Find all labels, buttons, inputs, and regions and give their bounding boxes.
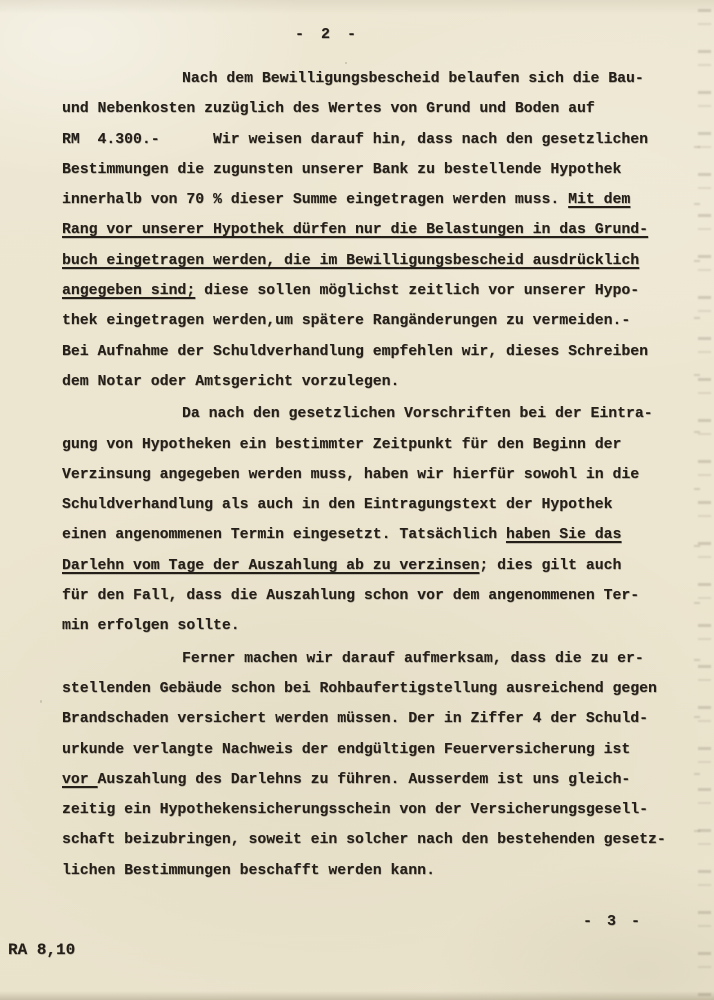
underlined-text: Mit dem <box>568 192 630 208</box>
text-line: und Nebenkosten zuzüglich des Wertes von… <box>62 94 662 124</box>
underlined-text: angegeben sind; <box>62 283 195 299</box>
text-line: dem Notar oder Amtsgericht vorzulegen. <box>62 367 662 397</box>
paragraph: Ferner machen wir darauf aufmerksam, das… <box>62 644 662 886</box>
text-line: Bestimmungen die zugunsten unserer Bank … <box>62 155 662 185</box>
text-line: lichen Bestimmungen beschafft werden kan… <box>62 856 662 886</box>
right-edge-bleed-marks-secondary <box>694 120 700 880</box>
text-segment: für den Fall, dass die Auszahlung schon … <box>62 588 639 604</box>
bottom-edge-shadow <box>0 991 714 1000</box>
text-line: für den Fall, dass die Auszahlung schon … <box>62 581 662 611</box>
underlined-text: buch eingetragen werden, die im Bewillig… <box>62 253 639 269</box>
text-segment: dem Notar oder Amtsgericht vorzulegen. <box>62 374 399 390</box>
text-line: Verzinsung angegeben werden muss, haben … <box>62 460 662 490</box>
text-segment: Auszahlung des Darlehns zu führen. Ausse… <box>98 772 631 788</box>
text-line: zeitig ein Hypothekensicherungsschein vo… <box>62 795 662 825</box>
page-number-top: - 2 - <box>295 26 360 43</box>
paper-speck <box>345 62 347 64</box>
text-line: Darlehn vom Tage der Auszahlung ab zu ve… <box>62 551 662 581</box>
paper-speck <box>40 700 42 703</box>
text-segment: schaft beizubringen, soweit ein solcher … <box>62 832 666 848</box>
text-segment: diese sollen möglichst zeitlich vor unse… <box>195 283 639 299</box>
underlined-text: vor <box>62 772 98 788</box>
underlined-text: haben Sie das <box>506 527 621 543</box>
text-line: RM 4.300.- Wir weisen darauf hin, dass n… <box>62 125 662 155</box>
text-segment: einen angenommenen Termin eingesetzt. Ta… <box>62 527 506 543</box>
text-line: Da nach den gesetzlichen Vorschriften be… <box>62 399 662 429</box>
document-page: - 2 - Nach dem Bewilligungsbescheid bela… <box>0 0 714 1000</box>
text-segment: RM 4.300.- Wir weisen darauf hin, dass n… <box>62 132 648 148</box>
text-line: einen angenommenen Termin eingesetzt. Ta… <box>62 520 662 550</box>
text-segment: Nach dem Bewilligungsbescheid belaufen s… <box>182 71 644 87</box>
paper-speck <box>108 196 111 198</box>
text-segment: und Nebenkosten zuzüglich des Wertes von… <box>62 101 595 117</box>
text-line: schaft beizubringen, soweit ein solcher … <box>62 825 662 855</box>
text-segment: stellenden Gebäude schon bei Rohbauferti… <box>62 681 657 697</box>
text-segment: Verzinsung angegeben werden muss, haben … <box>62 467 639 483</box>
text-line: Rang vor unserer Hypothek dürfen nur die… <box>62 215 662 245</box>
text-line: buch eingetragen werden, die im Bewillig… <box>62 246 662 276</box>
text-line: innerhalb von 70 % dieser Summe eingetra… <box>62 185 662 215</box>
footer-reference: RA 8,10 <box>8 941 75 959</box>
text-line: Brandschaden versichert werden müssen. D… <box>62 704 662 734</box>
text-line: thek eingetragen werden,um spätere Rangä… <box>62 306 662 336</box>
text-segment: gung von Hypotheken ein bestimmter Zeitp… <box>62 437 621 453</box>
text-line: Schuldverhandlung als auch in den Eintra… <box>62 490 662 520</box>
text-line: gung von Hypotheken ein bestimmter Zeitp… <box>62 430 662 460</box>
text-segment: min erfolgen sollte. <box>62 618 240 634</box>
underlined-text: Darlehn vom Tage der Auszahlung ab zu ve… <box>62 558 479 574</box>
text-segment: urkunde verlangte Nachweis der endgültig… <box>62 742 630 758</box>
text-segment: Da nach den gesetzlichen Vorschriften be… <box>182 406 653 422</box>
text-line: urkunde verlangte Nachweis der endgültig… <box>62 735 662 765</box>
top-edge-shade <box>0 0 714 14</box>
text-segment: ; dies gilt auch <box>479 558 621 574</box>
text-line: angegeben sind; diese sollen möglichst z… <box>62 276 662 306</box>
text-segment: Bestimmungen die zugunsten unserer Bank … <box>62 162 621 178</box>
underlined-text: Rang vor unserer Hypothek dürfen nur die… <box>62 222 648 238</box>
text-line: stellenden Gebäude schon bei Rohbauferti… <box>62 674 662 704</box>
text-segment: thek eingetragen werden,um spätere Rangä… <box>62 313 630 329</box>
text-segment: Ferner machen wir darauf aufmerksam, das… <box>182 651 644 667</box>
text-line: min erfolgen sollte. <box>62 611 662 641</box>
text-segment: Bei Aufnahme der Schuldverhandlung empfe… <box>62 344 648 360</box>
text-segment: Schuldverhandlung als auch in den Eintra… <box>62 497 613 513</box>
page-number-bottom: - 3 - <box>583 913 643 930</box>
text-line: Bei Aufnahme der Schuldverhandlung empfe… <box>62 337 662 367</box>
text-segment: Brandschaden versichert werden müssen. D… <box>62 711 648 727</box>
text-line: Ferner machen wir darauf aufmerksam, das… <box>62 644 662 674</box>
document-body: Nach dem Bewilligungsbescheid belaufen s… <box>62 64 662 886</box>
text-line: Nach dem Bewilligungsbescheid belaufen s… <box>62 64 662 94</box>
text-line: vor Auszahlung des Darlehns zu führen. A… <box>62 765 662 795</box>
paragraph: Nach dem Bewilligungsbescheid belaufen s… <box>62 64 662 397</box>
text-segment: zeitig ein Hypothekensicherungsschein vo… <box>62 802 648 818</box>
text-segment: lichen Bestimmungen beschafft werden kan… <box>62 863 435 879</box>
text-segment: innerhalb von 70 % dieser Summe eingetra… <box>62 192 568 208</box>
paragraph: Da nach den gesetzlichen Vorschriften be… <box>62 399 662 641</box>
